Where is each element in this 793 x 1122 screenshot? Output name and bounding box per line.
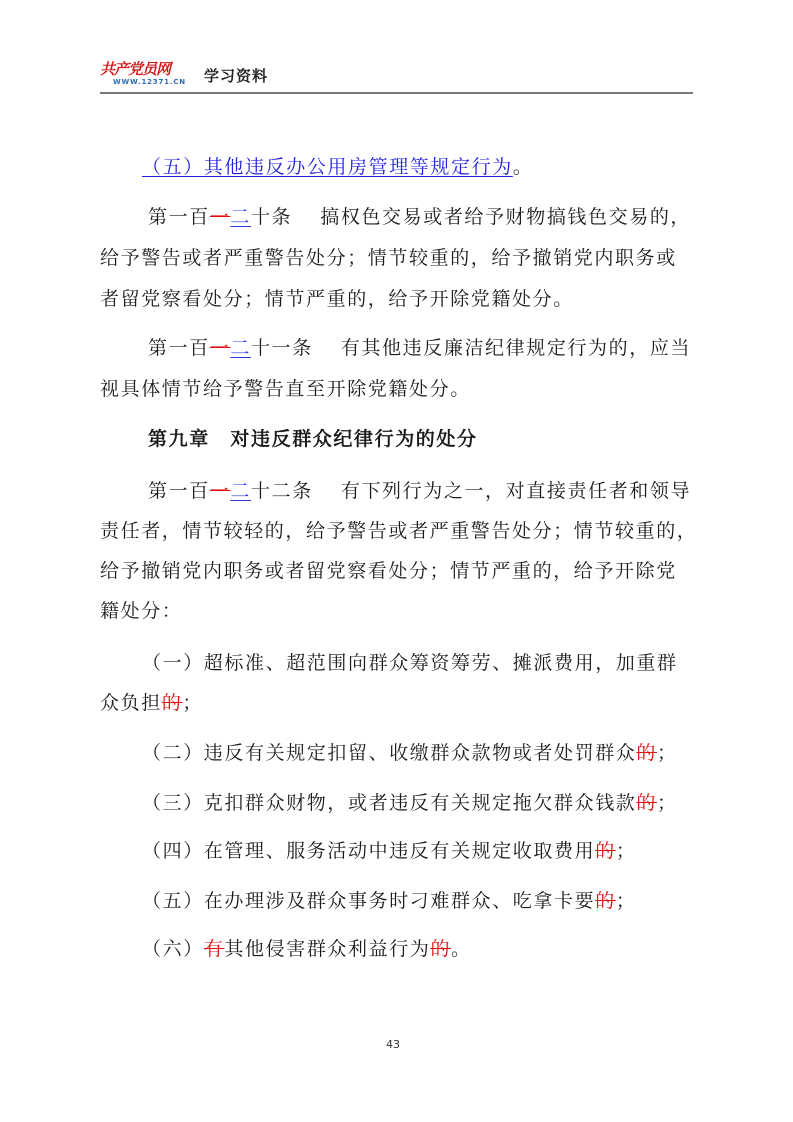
list-item-3: （三）克扣群众财物，或者违反有关规定拖欠群众钱款的； [142,788,678,815]
article-prefix: 第一百 [148,480,210,502]
article-text: 有下列行为之一，对直接责任者和领导 [341,480,691,502]
deleted-text: 一 [210,206,231,228]
article-text: 搞权色交易或者给予财物搞钱色交易的， [320,206,691,228]
deleted-text: 的 [430,938,451,960]
article-122-line-1: 第一百一二十二条有下列行为之一，对直接责任者和领导 [148,476,691,503]
item-prefix: （六） [142,938,204,960]
article-120-line-2: 给予警告或者严重警告处分；情节较重的，给予撤销党内职务或 [100,243,677,270]
list-item-6: （六）有其他侵害群众利益行为的。 [142,934,472,961]
article-120-line-3: 者留党察看处分；情节严重的，给予开除党籍处分。 [100,284,574,311]
header-title: 学习资料 [204,65,268,86]
inserted-text: 二 [230,337,251,359]
item-text: （五）在办理涉及群众事务时刁难群众、吃拿卡要 [142,890,595,912]
list-item-1-line-1: （一）超标准、超范围向群众筹资筹劳、摊派费用，加重群 [142,648,678,675]
deleted-text: 一 [210,337,231,359]
article-120-line-1: 第一百一二十条搞权色交易或者给予财物搞钱色交易的， [148,202,691,229]
deleted-text: 的 [595,890,616,912]
deleted-text: 的 [636,742,657,764]
article-121-line-2: 视具体情节给予警告直至开除党籍处分。 [100,374,471,401]
item-end: 。 [513,156,534,178]
item-text: （三）克扣群众财物，或者违反有关规定拖欠群众钱款 [142,792,636,814]
item-end: 。 [451,938,472,960]
deleted-text: 的 [162,692,183,714]
deleted-text: 一 [210,480,231,502]
article-122-line-4: 籍处分： [100,596,182,623]
item-text: 其他侵害群众利益行为 [224,938,430,960]
article-prefix: 第一百 [148,206,210,228]
deleted-text: 的 [595,840,616,862]
list-item-1-line-2: 众负担的； [100,688,203,715]
item-end: ； [657,742,678,764]
item-end: ； [657,792,678,814]
article-122-line-2: 责任者，情节较轻的，给予警告或者严重警告处分；情节较重的， [100,516,697,543]
article-121-line-1: 第一百一二十一条有其他违反廉洁纪律规定行为的，应当 [148,333,691,360]
list-item-4: （四）在管理、服务活动中违反有关规定收取费用的； [142,836,636,863]
inserted-text: 二 [230,206,251,228]
article-prefix: 第一百 [148,337,210,359]
logo-url: WWW.12371.CN [113,78,186,86]
page-number: 43 [386,1038,400,1051]
deleted-text: 有 [204,938,225,960]
item-text: 众负担 [100,692,162,714]
chapter-heading: 第九章 对违反群众纪律行为的处分 [148,424,478,451]
deleted-text: 的 [636,792,657,814]
item-end: ； [616,890,637,912]
header-divider [100,92,693,94]
item-text: （四）在管理、服务活动中违反有关规定收取费用 [142,840,595,862]
article-122-line-3: 给予撤销党内职务或者留党察看处分；情节严重的，给予开除党 [100,556,677,583]
article-suffix: 十一条 [251,337,313,359]
article-suffix: 十二条 [251,480,313,502]
inserted-text: 二 [230,480,251,502]
article-text: 有其他违反廉洁纪律规定行为的，应当 [341,337,691,359]
list-item-2: （二）违反有关规定扣留、收缴群众款物或者处罚群众的； [142,738,678,765]
list-item-prev-5: （五）其他违反办公用房管理等规定行为。 [142,152,533,179]
item-text: （二）违反有关规定扣留、收缴群众款物或者处罚群众 [142,742,636,764]
item-end: ； [616,840,637,862]
site-logo: 共产党员网 WWW.12371.CN [100,56,200,92]
article-suffix: 十条 [251,206,292,228]
logo-text: 共产党员网 [100,58,170,79]
list-item-5: （五）在办理涉及群众事务时刁难群众、吃拿卡要的； [142,886,636,913]
item-end: ； [182,692,203,714]
page-header: 共产党员网 WWW.12371.CN 学习资料 [100,56,693,94]
item-link[interactable]: （五）其他违反办公用房管理等规定行为 [142,156,513,178]
